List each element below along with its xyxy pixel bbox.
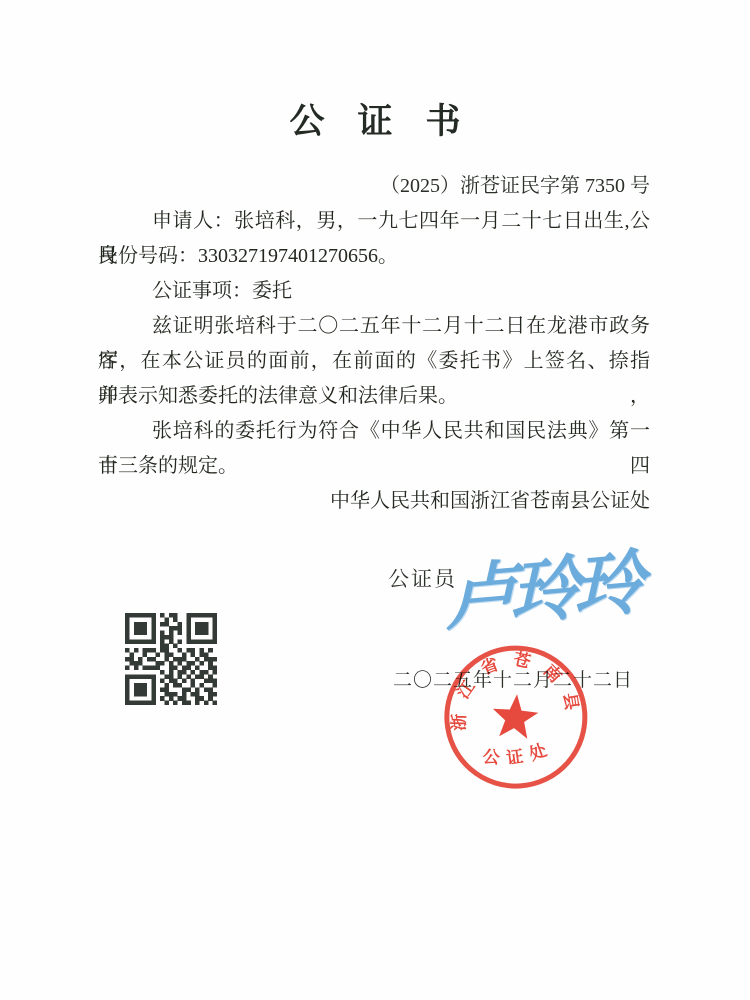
certificate-title: 公证书 xyxy=(0,94,750,144)
notary-office-seal: 浙江省苍南县 公证处 xyxy=(438,640,596,798)
star-icon xyxy=(491,692,540,739)
document-line: 中华人民共和国浙江省苍南县公证处 xyxy=(98,484,650,519)
reference-number: （2025）浙苍证民字第 7350 号 xyxy=(98,169,650,204)
notarial-certificate-page: 公证书 （2025）浙苍证民字第 7350 号 申请人：张培科，男，一九七四年一… xyxy=(0,0,750,1000)
document-line: 兹证明张培科于二〇二五年十二月十二日在龙港市政务客 xyxy=(98,309,650,344)
svg-text:公证处: 公证处 xyxy=(480,736,557,770)
document-line: 厅，在本公证员的面前，在前面的《委托书》上签名、捺指印， xyxy=(98,344,650,379)
notary-signature: 卢玲玲 xyxy=(446,525,662,645)
document-line: 张培科的委托行为符合《中华人民共和国民法典》第一百四 xyxy=(98,414,650,449)
seal-bottom-text: 公证处 xyxy=(480,736,557,770)
qr-code xyxy=(125,613,217,705)
document-line: 身份号码：330327197401270656。 xyxy=(98,239,650,274)
document-line: 公证事项：委托 xyxy=(98,274,650,309)
red-seal-icon: 浙江省苍南县 公证处 xyxy=(438,640,596,798)
document-line: 申请人：张培科，男，一九七四年一月二十七日出生,公民 xyxy=(98,204,650,239)
certificate-body: 申请人：张培科，男，一九七四年一月二十七日出生,公民身份号码：330327197… xyxy=(98,204,650,519)
qr-code-icon xyxy=(125,613,217,705)
